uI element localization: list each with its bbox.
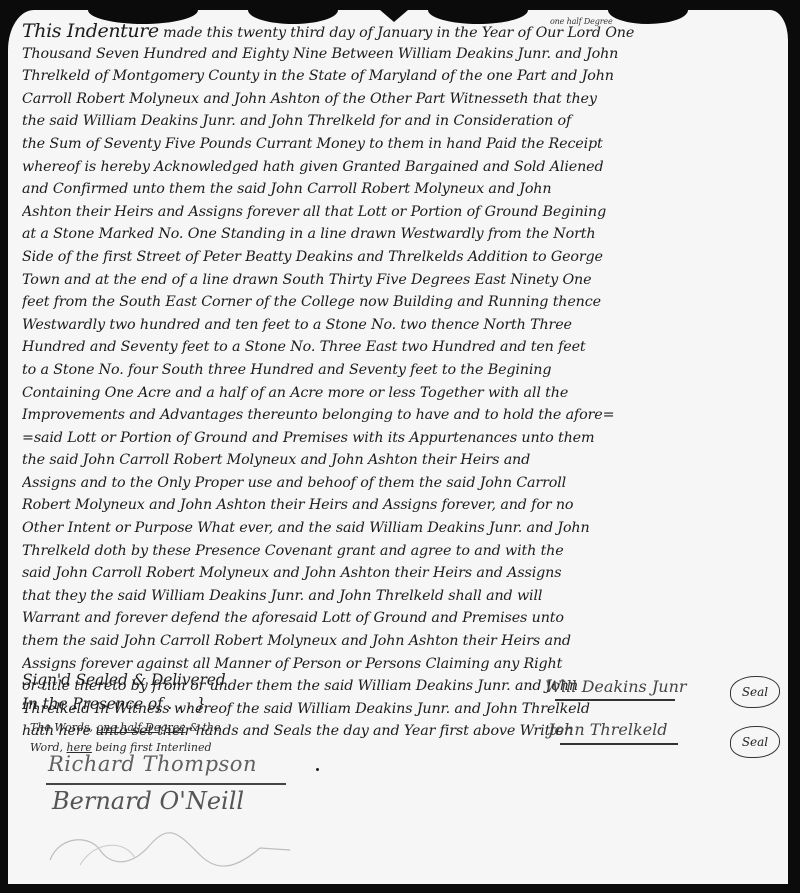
body-line: Ashton their Heirs and Assigns forever a… [22, 201, 780, 224]
body-line: and Confirmed unto them the said John Ca… [22, 178, 780, 201]
body-line: said John Carroll Robert Molyneux and Jo… [22, 562, 780, 585]
body-line: whereof is hereby Acknowledged hath give… [22, 156, 780, 179]
body-line: them the said John Carroll Robert Molyne… [22, 630, 780, 653]
signed-sealed-delivered: Sign'd Sealed & Delivered [22, 668, 226, 692]
body-line: to a Stone No. four South three Hundred … [22, 359, 780, 382]
witness-underline [46, 783, 286, 785]
body-line: Town and at the end of a line drawn Sout… [22, 269, 780, 292]
witness-signature-thompson: Richard Thompson [48, 752, 257, 776]
body-line: Threlkeld of Montgomery County in the St… [22, 65, 780, 88]
body-line: Assigns and to the Only Proper use and b… [22, 472, 780, 495]
body-line: the said John Carroll Robert Molyneux an… [22, 449, 780, 472]
body-line: Carroll Robert Molyneux and John Ashton … [22, 88, 780, 111]
opening-words: This Indenture [22, 20, 159, 42]
note-line-1: The Words, one half Degree & the [30, 718, 220, 738]
body-line: Hundred and Seventy feet to a Stone No. … [22, 336, 780, 359]
body-line: Westwardly two hundred and ten feet to a… [22, 314, 780, 337]
seal-icon: Seal [730, 676, 780, 708]
body-line: Thousand Seven Hundred and Eighty Nine B… [22, 43, 780, 66]
signature-underline [560, 743, 678, 745]
interlineation: one half Degree [550, 11, 613, 34]
ink-dot [316, 768, 319, 771]
body-line: Robert Molyneux and John Ashton their He… [22, 494, 780, 517]
signatory-deakins: Will Deakins Junr [545, 677, 687, 696]
body-line: feet from the South East Corner of the C… [22, 291, 780, 314]
body-line: Improvements and Advantages thereunto be… [22, 404, 780, 427]
body-line: Side of the first Street of Peter Beatty… [22, 246, 780, 269]
scan-border-right [788, 0, 800, 893]
body-line: that they the said William Deakins Junr.… [22, 585, 780, 608]
body-line: Threlkeld doth by these Presence Covenan… [22, 540, 780, 563]
body-line: the said William Deakins Junr. and John … [22, 110, 780, 133]
in-the-presence-of: In the Presence of . . . } [22, 692, 226, 716]
attestation-clause: Sign'd Sealed & Delivered In the Presenc… [22, 668, 226, 716]
body-line: This Indenture made this twenty third da… [22, 20, 780, 43]
body-line: at a Stone Marked No. One Standing in a … [22, 223, 780, 246]
signatory-threlkeld: John Threlkeld [548, 720, 667, 739]
body-line: Containing One Acre and a half of an Acr… [22, 382, 780, 405]
indenture-body: This Indenture made this twenty third da… [22, 20, 780, 743]
body-line: Other Intent or Purpose What ever, and t… [22, 517, 780, 540]
body-line: the Sum of Seventy Five Pounds Currant M… [22, 133, 780, 156]
seal-icon: Seal [730, 726, 780, 758]
signature-flourish-icon [40, 830, 300, 870]
signature-underline [555, 699, 675, 701]
witness-signature-oneill: Bernard O'Neill [52, 787, 244, 815]
body-line: =said Lott or Portion of Ground and Prem… [22, 427, 780, 450]
body-line: Warrant and forever defend the aforesaid… [22, 607, 780, 630]
